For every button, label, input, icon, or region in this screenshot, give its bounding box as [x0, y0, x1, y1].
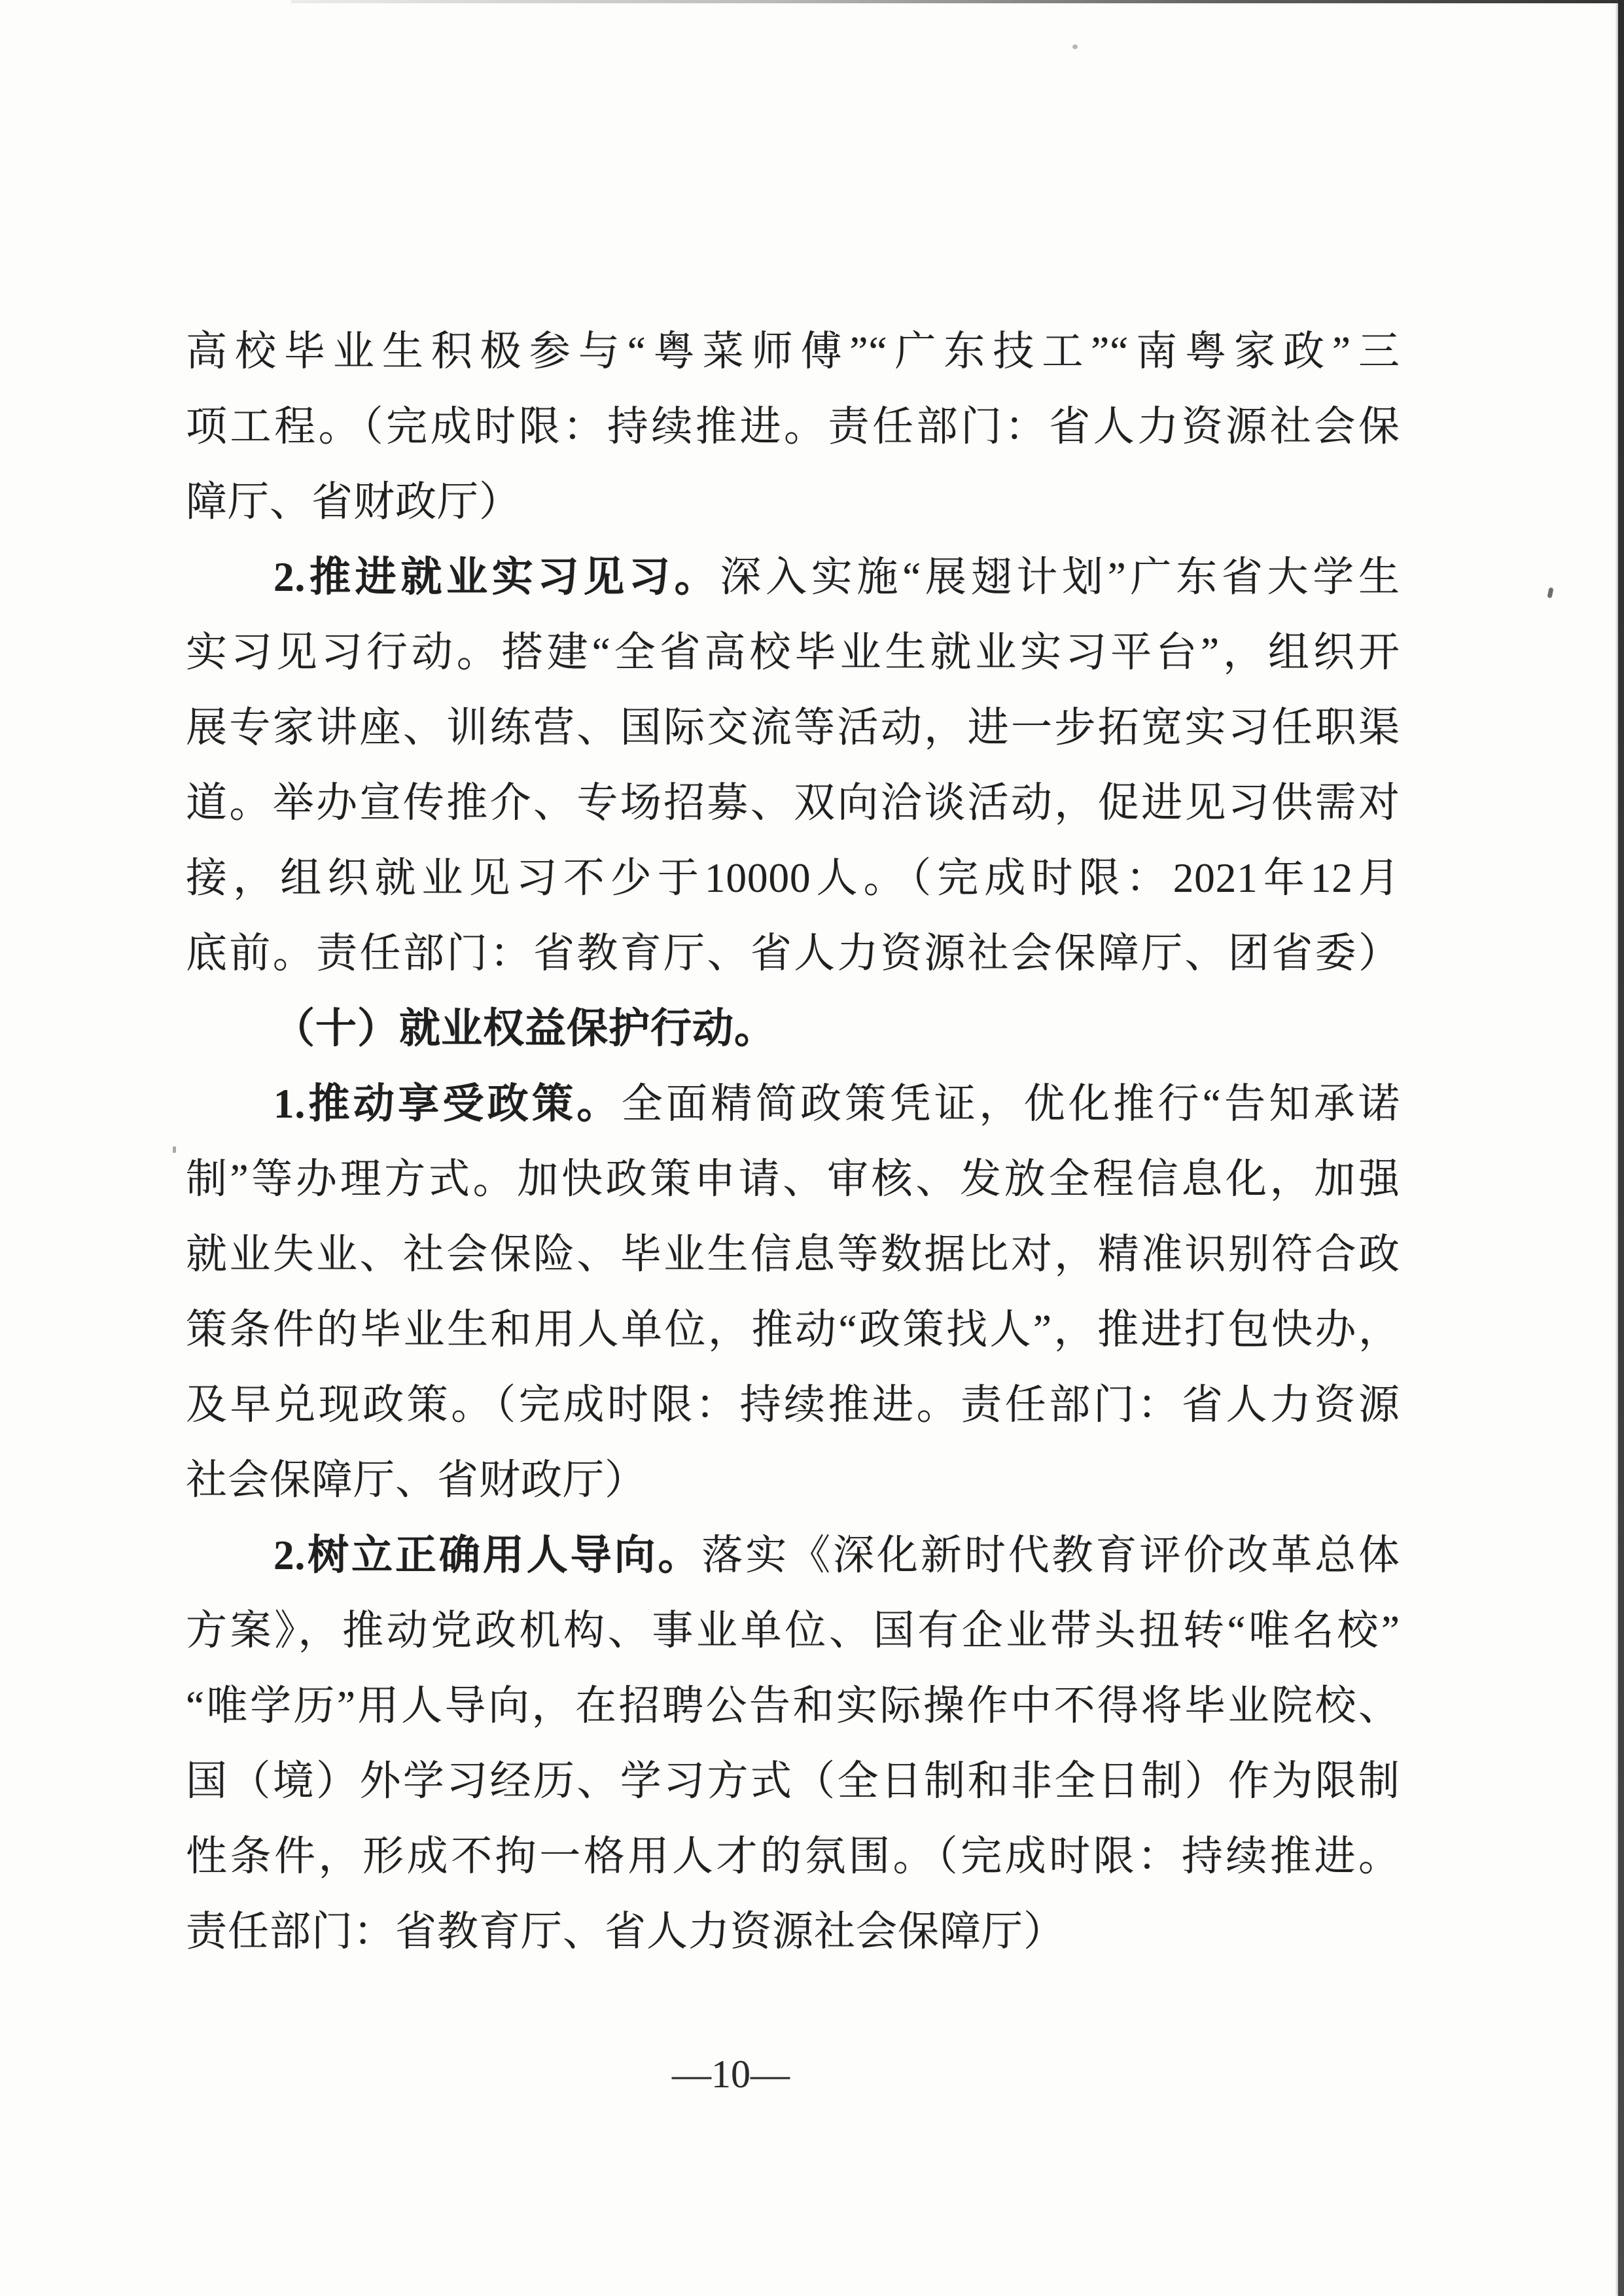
line-segment: 道。举办宣传推介、专场招募、双向洽谈活动，促进见习供需对 [186, 780, 1400, 826]
line-segment: 方案》，推动党政机构、事业单位、国有企业带头扭转“唯名校” [186, 1608, 1400, 1653]
text-line: 方案》，推动党政机构、事业单位、国有企业带头扭转“唯名校” [186, 1593, 1400, 1669]
text-line: 项工程。（完成时限：持续推进。责任部门：省人力资源社会保 [186, 389, 1400, 465]
line-segment: 底前。责任部门：省教育厅、省人力资源社会保障厅、团省委） [186, 930, 1400, 976]
line-segment: 性条件，形成不拘一格用人才的氛围。（完成时限：持续推进。 [186, 1833, 1400, 1879]
text-line: 制”等办理方式。加快政策申请、审核、发放全程信息化，加强 [186, 1142, 1400, 1217]
page-number: —10— [672, 2048, 790, 2100]
text-line: 实习见习行动。搭建“全省高校毕业生就业实习平台”，组织开 [186, 615, 1400, 690]
line-segment: 及早兑现政策。（完成时限：持续推进。责任部门：省人力资源 [186, 1382, 1400, 1428]
text-line: 责任部门：省教育厅、省人力资源社会保障厅） [186, 1894, 1400, 1969]
document-text-block: 高校毕业生积极参与“粤菜师傅”“广东技工”“南粤家政”三 项工程。（完成时限：持… [186, 314, 1400, 1969]
line-segment: 项工程。（完成时限：持续推进。责任部门：省人力资源社会保 [186, 404, 1400, 450]
text-line: 2.树立正确用人导向。落实《深化新时代教育评价改革总体 [186, 1518, 1400, 1593]
text-line: “唯学历”用人导向，在招聘公告和实际操作中不得将毕业院校、 [186, 1669, 1400, 1744]
line-segment: 深入实施“展翅计划”广东省大学生 [720, 554, 1400, 600]
line-segment: 展专家讲座、训练营、国际交流等活动，进一步拓宽实习任职渠 [186, 705, 1400, 751]
line-segment: 接，组织就业见习不少于10000人。（完成时限：2021年12月 [186, 855, 1400, 901]
line-segment: 国（境）外学习经历、学习方式（全日制和非全日制）作为限制 [186, 1758, 1400, 1804]
line-segment: 社会保障厅、省财政厅） [186, 1457, 646, 1503]
line-bold-segment: 1.推动享受政策。 [274, 1081, 622, 1127]
scan-artifact-speck [173, 1146, 176, 1153]
scan-artifact-speck [1072, 44, 1078, 49]
line-segment: 高校毕业生积极参与“粤菜师傅”“广东技工”“南粤家政”三 [186, 328, 1400, 374]
scan-artifact-right-edge [1618, 0, 1624, 2296]
line-segment: 全面精简政策凭证，优化推行“告知承诺 [622, 1081, 1400, 1127]
text-line: 社会保障厅、省财政厅） [186, 1443, 1400, 1518]
text-line: 道。举办宣传推介、专场招募、双向洽谈活动，促进见习供需对 [186, 766, 1400, 841]
text-line: 性条件，形成不拘一格用人才的氛围。（完成时限：持续推进。 [186, 1819, 1400, 1894]
text-line: （十）就业权益保护行动。 [186, 991, 1400, 1067]
text-line: 及早兑现政策。（完成时限：持续推进。责任部门：省人力资源 [186, 1368, 1400, 1443]
line-bold-segment: 2.树立正确用人导向。 [274, 1532, 701, 1578]
text-line: 策条件的毕业生和用人单位，推动“政策找人”，推进打包快办， [186, 1292, 1400, 1368]
line-segment: 实习见习行动。搭建“全省高校毕业生就业实习平台”，组织开 [186, 629, 1400, 675]
text-line: 障厅、省财政厅） [186, 465, 1400, 540]
text-line: 2.推进就业实习见习。深入实施“展翅计划”广东省大学生 [186, 540, 1400, 615]
text-line: 接，组织就业见习不少于10000人。（完成时限：2021年12月 [186, 841, 1400, 916]
text-line: 就业失业、社会保险、毕业生信息等数据比对，精准识别符合政 [186, 1217, 1400, 1292]
text-line: 高校毕业生积极参与“粤菜师傅”“广东技工”“南粤家政”三 [186, 314, 1400, 389]
text-line: 1.推动享受政策。全面精简政策凭证，优化推行“告知承诺 [186, 1067, 1400, 1142]
line-segment: 制”等办理方式。加快政策申请、审核、发放全程信息化，加强 [186, 1156, 1400, 1202]
line-segment: 就业失业、社会保险、毕业生信息等数据比对，精准识别符合政 [186, 1231, 1400, 1277]
text-line: 国（境）外学习经历、学习方式（全日制和非全日制）作为限制 [186, 1744, 1400, 1819]
line-segment: 障厅、省财政厅） [186, 479, 521, 525]
line-segment: 策条件的毕业生和用人单位，推动“政策找人”，推进打包快办， [186, 1307, 1400, 1352]
scan-artifact-speck [1547, 587, 1553, 598]
scan-artifact-top-edge [291, 0, 1624, 3]
line-segment: 落实《深化新时代教育评价改革总体 [701, 1532, 1400, 1578]
text-line: 展专家讲座、训练营、国际交流等活动，进一步拓宽实习任职渠 [186, 690, 1400, 766]
line-segment: “唯学历”用人导向，在招聘公告和实际操作中不得将毕业院校、 [186, 1683, 1400, 1729]
line-bold-segment: 2.推进就业实习见习。 [274, 554, 720, 600]
line-bold-segment: （十）就业权益保护行动。 [274, 1006, 776, 1051]
text-line: 底前。责任部门：省教育厅、省人力资源社会保障厅、团省委） [186, 916, 1400, 991]
document-page: 高校毕业生积极参与“粤菜师傅”“广东技工”“南粤家政”三 项工程。（完成时限：持… [0, 0, 1624, 2296]
line-segment: 责任部门：省教育厅、省人力资源社会保障厅） [186, 1909, 1065, 1954]
